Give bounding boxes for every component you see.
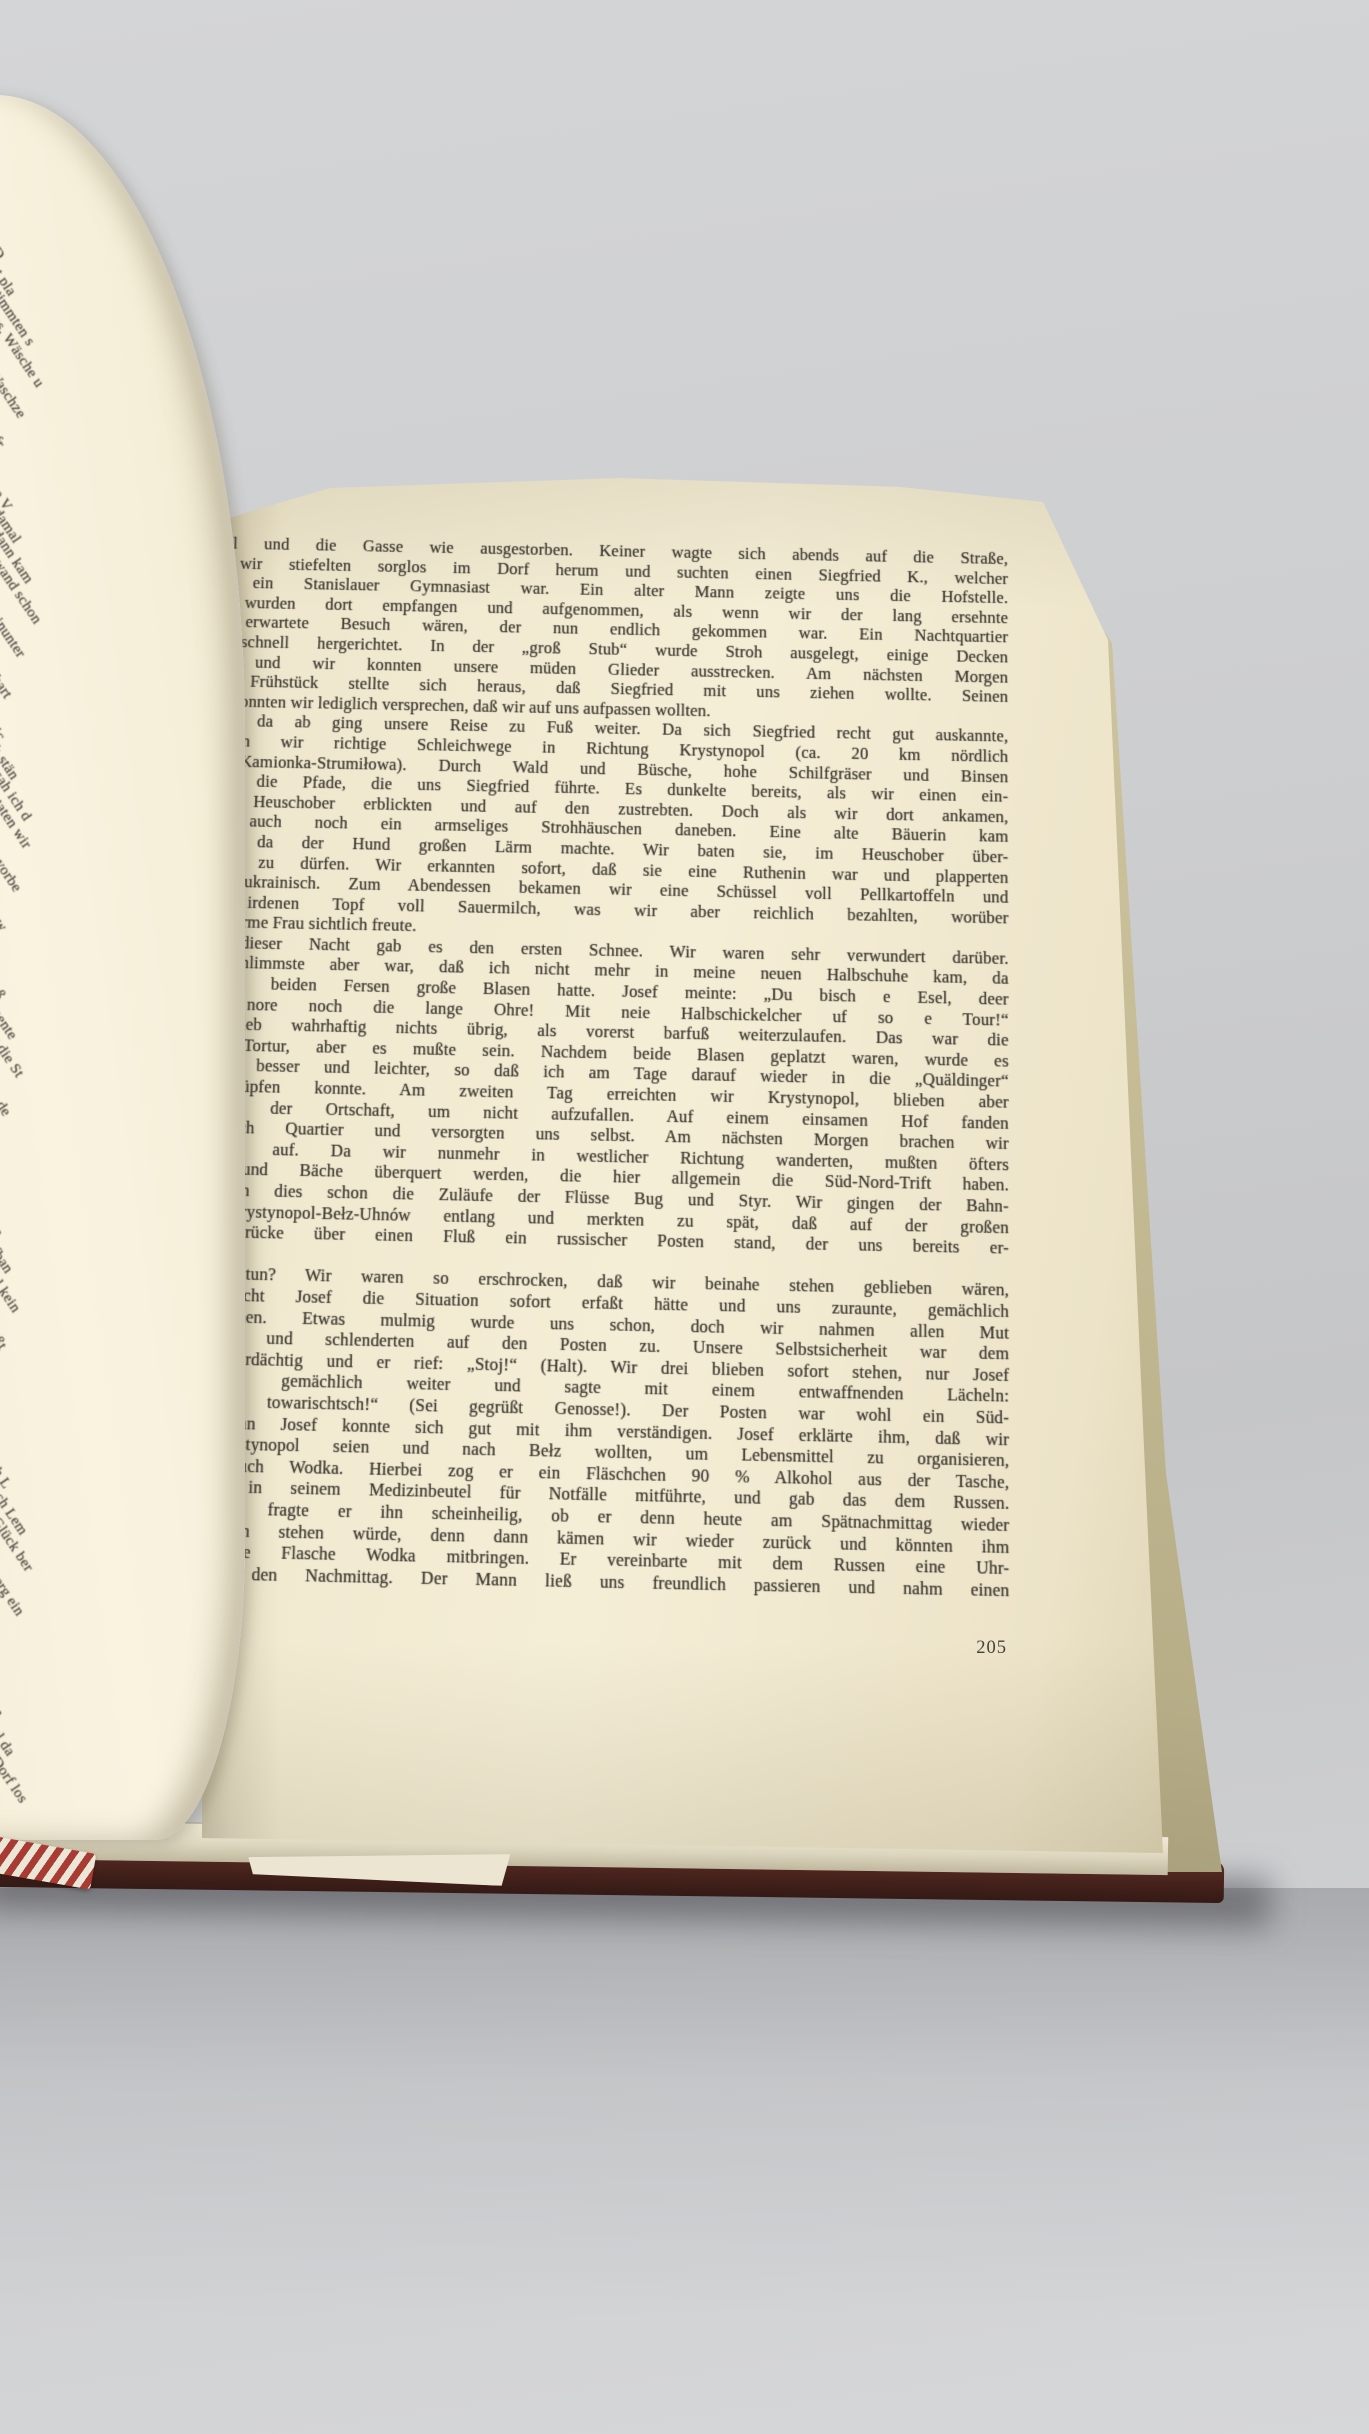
- table-shade: [0, 1888, 1369, 2318]
- book-photo: dunkel und die Gasse wie ausgestorben. K…: [0, 0, 1369, 2434]
- left-page-text-line: eim nach L: [0, 1425, 13, 1492]
- left-page-curl: Reise nach Dltern erst plaen, stimmten s…: [0, 95, 245, 1840]
- left-page-text-line: rau schm: [0, 1665, 6, 1721]
- page-text: dunkel und die Gasse wie ausgestorben. K…: [149, 533, 1010, 1601]
- page-number: 205: [895, 1638, 1007, 1659]
- left-page-text-line: traut, daß: [0, 945, 7, 1003]
- left-page-text-line: Reise nach D: [0, 185, 7, 263]
- left-page-text-line: je vegeta: [0, 1185, 6, 1240]
